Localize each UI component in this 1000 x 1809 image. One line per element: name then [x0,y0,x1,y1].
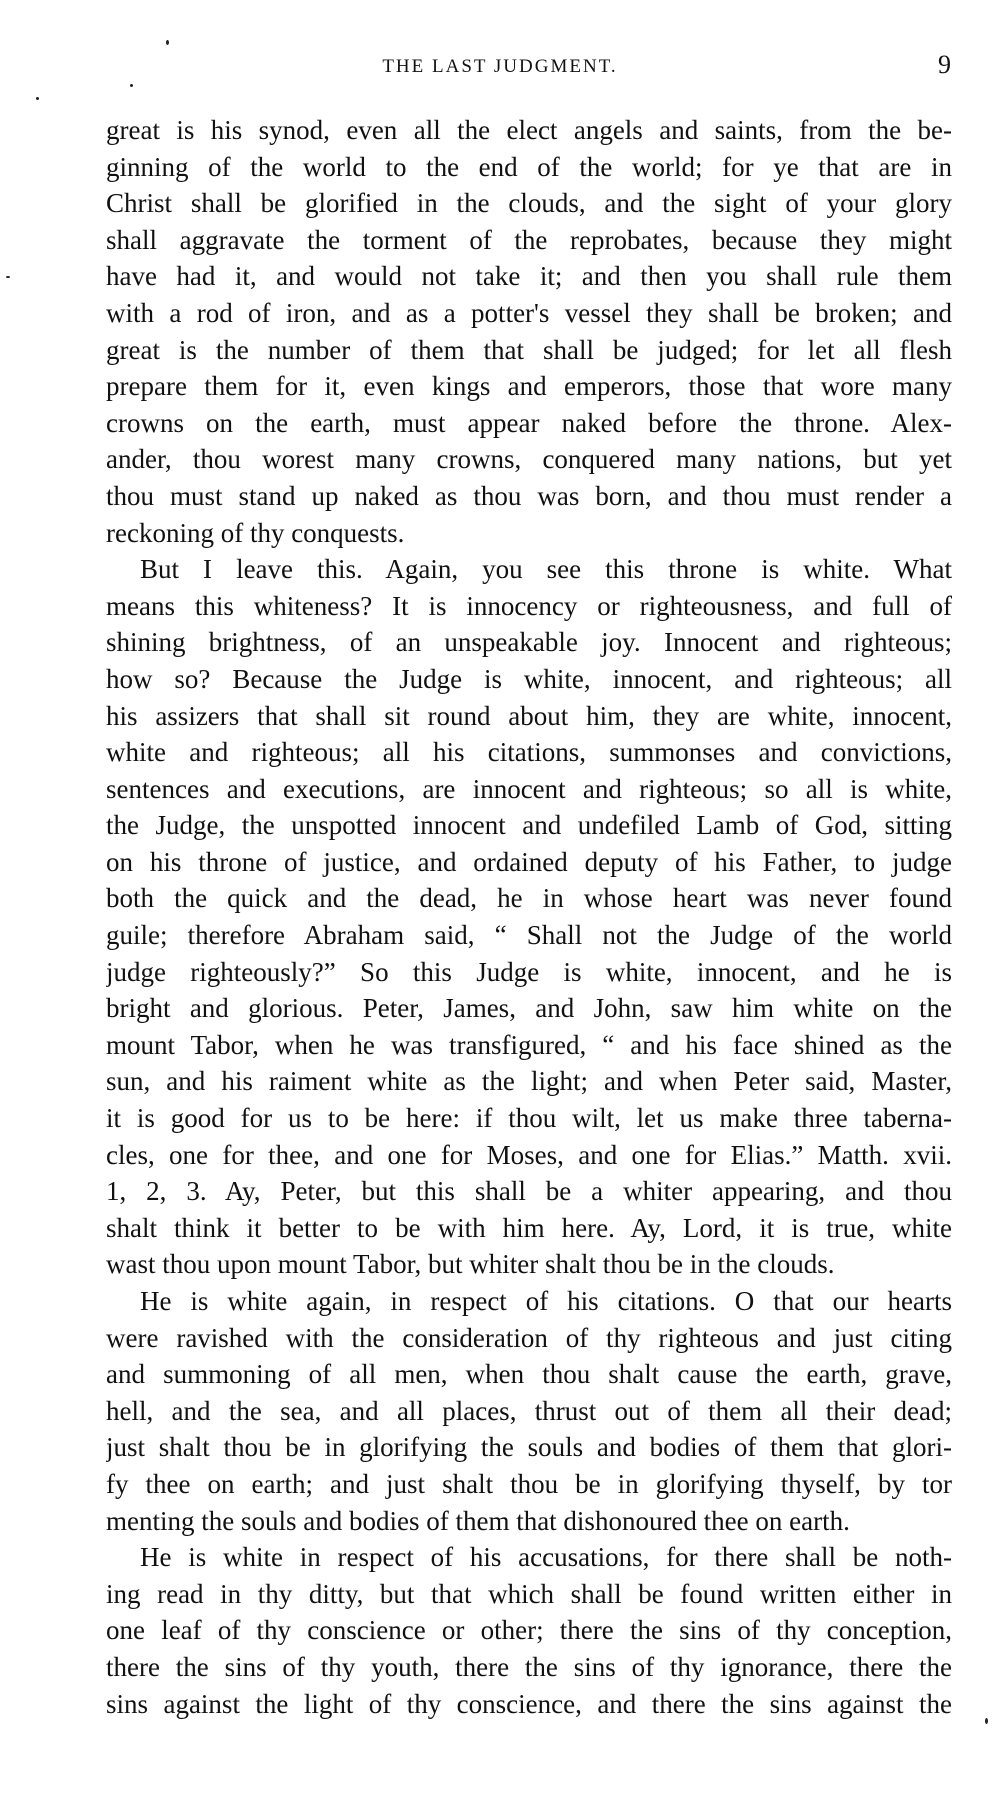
scan-speck [130,84,133,87]
text-line: sentences and executions, are innocent a… [106,771,952,808]
text-line: both the quick and the dead, he in whose… [106,880,952,917]
text-line: one leaf of thy conscience or other; the… [106,1612,952,1649]
scan-speck [985,1718,988,1724]
text-line: judge righteously?” So this Judge is whi… [106,954,952,991]
text-line: prepare them for it, even kings and empe… [106,368,952,405]
scan-speck [36,97,39,100]
text-line: great is the number of them that shall b… [106,332,952,369]
text-line: ander, thou worest many crowns, conquere… [106,441,952,478]
text-line: have had it, and would not take it; and … [106,258,952,295]
text-line: were ravished with the consideration of … [106,1320,952,1357]
text-line: means this whiteness? It is innocency or… [106,588,952,625]
scan-speck [166,40,169,45]
scan-speck [6,276,10,278]
text-line: menting the souls and bodies of them tha… [106,1503,952,1540]
body-text: great is his synod, even all the elect a… [106,112,952,1722]
page-number: 9 [938,50,951,80]
text-line: cles, one for thee, and one for Moses, a… [106,1137,952,1174]
text-line: the Judge, the unspotted innocent and un… [106,807,952,844]
text-line: there the sins of thy youth, there the s… [106,1649,952,1686]
text-line: fy thee on earth; and just shalt thou be… [106,1466,952,1503]
text-line: wast thou upon mount Tabor, but whiter s… [106,1246,952,1283]
text-line: great is his synod, even all the elect a… [106,112,952,149]
text-line: ing read in thy ditty, but that which sh… [106,1576,952,1613]
text-line: He is white in respect of his accusation… [106,1539,952,1576]
text-line: reckoning of thy conquests. [106,515,952,552]
text-line: it is good for us to be here: if thou wi… [106,1100,952,1137]
text-line: on his throne of justice, and ordained d… [106,844,952,881]
text-line: hell, and the sea, and all places, thrus… [106,1393,952,1430]
text-line: thou must stand up naked as thou was bor… [106,478,952,515]
running-head: THE LAST JUDGMENT. [0,56,1000,78]
text-line: mount Tabor, when he was transfigured, “… [106,1027,952,1064]
text-line: sun, and his raiment white as the light;… [106,1063,952,1100]
text-line: shalt think it better to be with him her… [106,1210,952,1247]
text-line: But I leave this. Again, you see this th… [106,551,952,588]
page-header: THE LAST JUDGMENT. 9 [0,50,1000,86]
text-line: He is white again, in respect of his cit… [106,1283,952,1320]
text-line: ginning of the world to the end of the w… [106,149,952,186]
text-line: shall aggravate the torment of the repro… [106,222,952,259]
text-line: Christ shall be glorified in the clouds,… [106,185,952,222]
text-line: how so? Because the Judge is white, inno… [106,661,952,698]
text-line: sins against the light of thy conscience… [106,1686,952,1723]
text-line: crowns on the earth, must appear naked b… [106,405,952,442]
text-line: guile; therefore Abraham said, “ Shall n… [106,917,952,954]
text-line: his assizers that shall sit round about … [106,698,952,735]
text-line: bright and glorious. Peter, James, and J… [106,990,952,1027]
text-line: shining brightness, of an unspeakable jo… [106,624,952,661]
text-line: white and righteous; all his citations, … [106,734,952,771]
text-line: just shalt thou be in glorifying the sou… [106,1429,952,1466]
text-line: 1, 2, 3. Ay, Peter, but this shall be a … [106,1173,952,1210]
text-line: with a rod of iron, and as a potter's ve… [106,295,952,332]
text-line: and summoning of all men, when thou shal… [106,1356,952,1393]
